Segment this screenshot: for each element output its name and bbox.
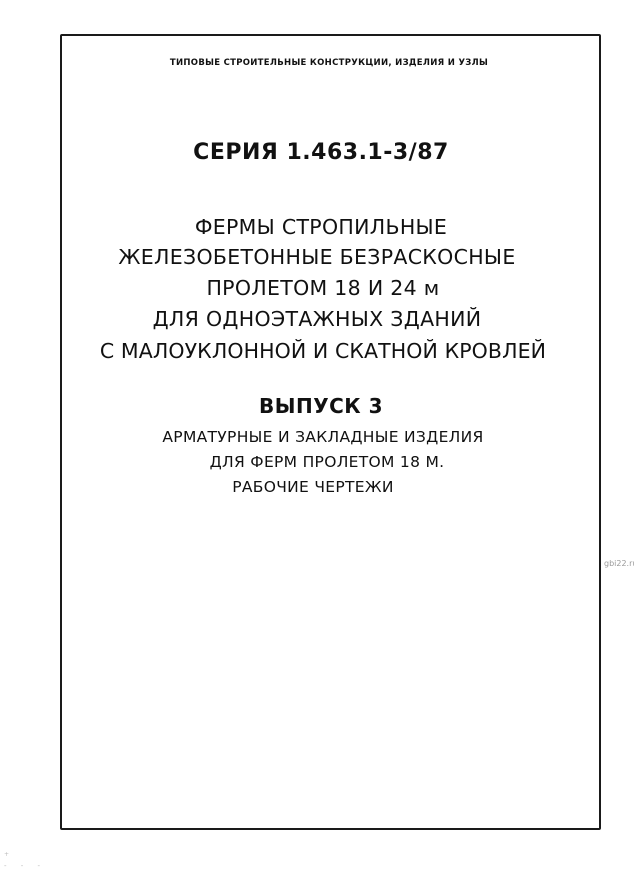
watermark: gbi22.ru	[604, 559, 634, 568]
subtitle-line-3: РАБОЧИЕ ЧЕРТЕЖИ	[0, 478, 630, 496]
title-line-4: ДЛЯ ОДНОЭТАЖНЫХ ЗДАНИЙ	[0, 307, 634, 331]
subtitle-line-2: ДЛЯ ФЕРМ ПРОЛЕТОМ 18 М.	[10, 453, 634, 471]
title-line-1: ФЕРМЫ СТРОПИЛЬНЫЕ	[4, 215, 634, 239]
document-header: ТИПОВЫЕ СТРОИТЕЛЬНЫЕ КОНСТРУКЦИИ, ИЗДЕЛИ…	[12, 58, 634, 68]
title-line-3: ПРОЛЕТОМ 18 И 24 м	[6, 276, 634, 300]
title-line-5: С МАЛОУКЛОННОЙ И СКАТНОЙ КРОВЛЕЙ	[6, 339, 634, 363]
footer-marks: - - -	[4, 862, 46, 870]
series-number: СЕРИЯ 1.463.1-3/87	[4, 140, 634, 165]
title-line-2: ЖЕЛЕЗОБЕТОННЫЕ БЕЗРАСКОСНЫЕ	[0, 245, 634, 269]
subtitle-line-1: АРМАТУРНЫЕ И ЗАКЛАДНЫЕ ИЗДЕЛИЯ	[6, 428, 634, 446]
issue-number: ВЫПУСК 3	[4, 394, 634, 418]
corner-mark: +	[4, 851, 9, 858]
